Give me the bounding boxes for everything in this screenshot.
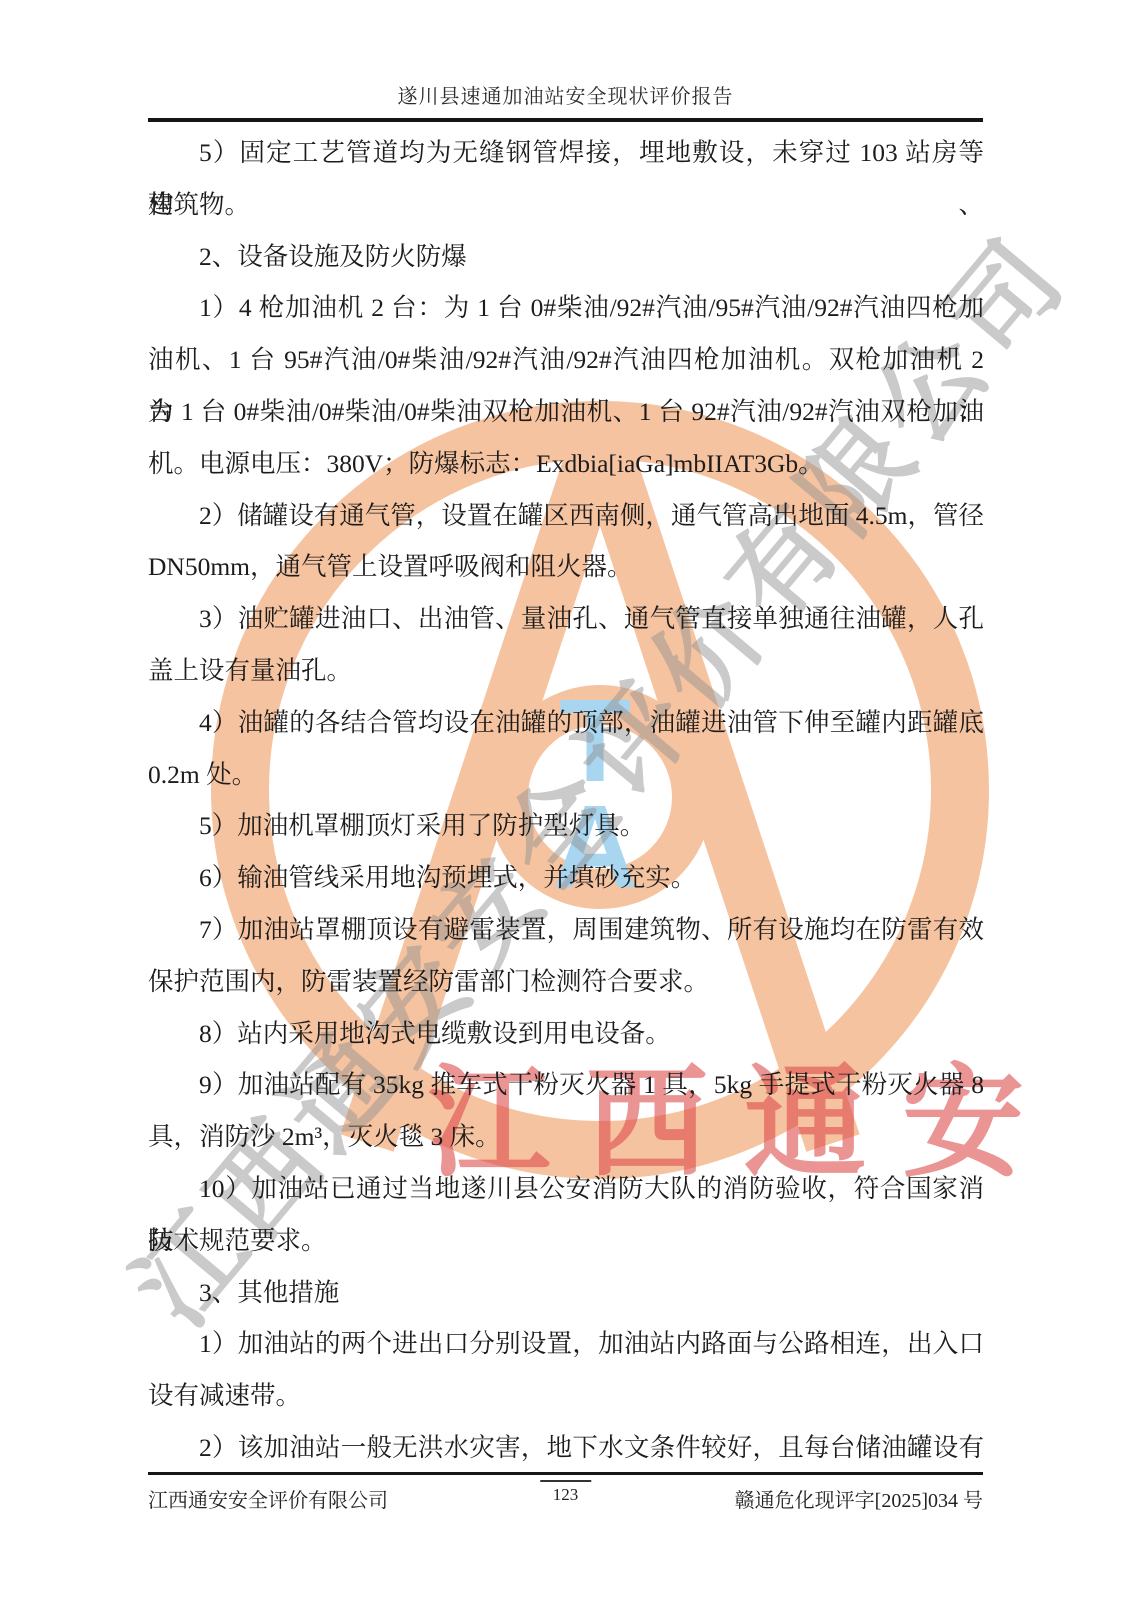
body-line-21: 10）加油站已通过当地遂川县公安消防大队的消防验收，符合国家消防 [148,1163,984,1215]
document-page: T A 江西通安安全评价有限公司 江西通安 遂川县速通加油站安全现状评价报告 5… [0,0,1131,1600]
body-line-24: 1）加油站的两个进出口分别设置，加油站内路面与公路相连，出入口 [148,1318,984,1370]
body-line-16: 7）加油站罩棚顶设有避雷装置，周围建筑物、所有设施均在防雷有效 [148,904,984,956]
body-line-17: 保护范围内，防雷装置经防雷部门检测符合要求。 [148,956,984,1008]
body-line-5: 油机、1 台 95#汽油/0#柴油/92#汽油/92#汽油四枪加油机。双枪加油机… [148,334,984,386]
body-line-18: 8）站内采用地沟式电缆敷设到用电设备。 [148,1008,984,1060]
footer-company: 江西通安安全评价有限公司 [148,1484,388,1513]
page-header-title: 遂川县速通加油站安全现状评价报告 [148,80,983,109]
body-line-7: 机。电源电压：380V；防爆标志：Exdbia[iaGa]mbIIAT3Gb。 [148,438,984,490]
body-line-6: 为 1 台 0#柴油/0#柴油/0#柴油双枪加油机、1 台 92#汽油/92#汽… [148,386,984,438]
footer-rule [148,1472,983,1475]
body-line-3: 2、设备设施及防火防爆 [148,231,984,283]
page-content: 遂川县速通加油站安全现状评价报告 5）固定工艺管道均为无缝钢管焊接，埋地敷设，未… [0,0,1131,1600]
body-line-13: 0.2m 处。 [148,749,984,801]
body-line-25: 设有减速带。 [148,1370,984,1422]
body-line-9: DN50mm，通气管上设置呼吸阀和阻火器。 [148,541,984,593]
body-line-1: 5）固定工艺管道均为无缝钢管焊接，埋地敷设，未穿过 103 站房等建、 [148,127,984,179]
body-text: 5）固定工艺管道均为无缝钢管焊接，埋地敷设，未穿过 103 站房等建、构筑物。2… [148,127,984,1474]
body-line-14: 5）加油机罩棚顶灯采用了防护型灯具。 [148,800,984,852]
body-line-19: 9）加油站配有 35kg 推车式干粉灭火器 1 具，5kg 手提式干粉灭火器 8 [148,1059,984,1111]
body-line-10: 3）油贮罐进油口、出油管、量油孔、通气管直接单独通往油罐，人孔 [148,593,984,645]
body-line-20: 具，消防沙 2m³，灭火毯 3 床。 [148,1111,984,1163]
footer-doc-number: 赣通危化现评字[2025]034 号 [735,1484,983,1513]
body-line-15: 6）输油管线采用地沟预埋式，并填砂充实。 [148,852,984,904]
body-line-26: 2）该加油站一般无洪水灾害，地下水文条件较好，且每台储油罐设有 [148,1422,984,1474]
body-line-11: 盖上设有量油孔。 [148,645,984,697]
body-line-22: 技术规范要求。 [148,1215,984,1267]
body-line-23: 3、其他措施 [148,1267,984,1319]
body-line-12: 4）油罐的各结合管均设在油罐的顶部，油罐进油管下伸至罐内距罐底 [148,697,984,749]
header-rule [148,118,983,122]
page-number: 123 [540,1480,592,1505]
body-line-4: 1）4 枪加油机 2 台：为 1 台 0#柴油/92#汽油/95#汽油/92#汽… [148,282,984,334]
body-line-8: 2）储罐设有通气管，设置在罐区西南侧，通气管高出地面 4.5m，管径 [148,490,984,542]
